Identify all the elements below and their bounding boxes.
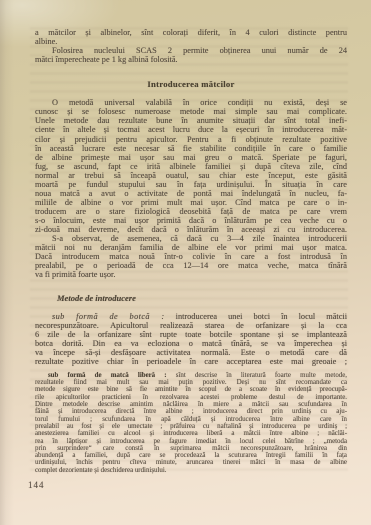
text-line: metode sigure este bine să fie amintite … — [35, 386, 347, 393]
subsection-heading: Metode de introducere — [57, 294, 347, 303]
text-line: s-o înlocuim, este mai ușor primită dacă… — [35, 216, 347, 225]
text-line: noua matcă a avut o activitate de pontă … — [35, 189, 347, 198]
paragraph-continuation: a mătcilor și albinelor, sînt colorați d… — [35, 28, 347, 46]
text-line: abundență a familiei, după care se proce… — [35, 452, 347, 459]
text-line: ciente în altele și tocmai acest lucru d… — [35, 125, 347, 134]
text-line: rea în lăptișor și introducerea pe fagur… — [35, 438, 347, 445]
text-line: 6 zile de la orfanizare sînt rupte toate… — [35, 330, 347, 339]
scanned-book-page: a mătcilor și albinelor, sînt colorați d… — [0, 0, 371, 525]
text-line: troducem are o stare fiziologică deosebi… — [35, 207, 347, 216]
paragraph-intro: O metodă universal valabilă în orice con… — [35, 98, 347, 234]
page-number: 144 — [28, 480, 45, 490]
text-span: introducerea unei botci în locul mătcii — [176, 312, 347, 321]
text-line: torul fumului ; scufundarea în apă căldu… — [35, 416, 347, 423]
text-line: albine. — [35, 37, 347, 46]
text-line: Unele metode dau rezultate bune în anumi… — [35, 116, 347, 125]
text-line: rile apicultorilor practicieni în rezolv… — [35, 394, 347, 401]
text-line: rezultate pozitive chiar în perioadele î… — [35, 357, 347, 366]
paragraph-observed: S-a observat, de asemenea, că dacă cu 3—… — [35, 234, 347, 279]
text-line: miliile de albine o vor primi mult mai u… — [35, 198, 347, 207]
paragraph-botca: sub formă de botcă : introducerea unei b… — [35, 312, 347, 366]
text-line: anestezierea familiei cu alcool și intro… — [35, 430, 347, 437]
text-line: cilor și prejudicii pentru apicultor. Pe… — [35, 135, 347, 144]
paragraph-nucleus: Folosirea nucleului SCAS 2 permite obțin… — [35, 46, 347, 64]
text-line: în această lucrare este necesar să fie s… — [35, 144, 347, 153]
text-span: sînt descrise în literatură foarte multe… — [176, 372, 347, 379]
text-line: va începe să-și desfășoare activitatea n… — [35, 348, 347, 357]
text-line: urdinișului, închis pentru cîteva minute… — [35, 459, 347, 466]
text-line: fug, se ascund, fapt ce irită albinele f… — [35, 162, 347, 171]
page-edge-shadow — [0, 0, 14, 525]
text-line: mătcii noi nu deranjăm familia de albine… — [35, 243, 347, 252]
text-line: Folosirea nucleului SCAS 2 permite obțin… — [35, 46, 347, 55]
text-line: sub formă de botcă : introducerea unei b… — [35, 312, 347, 321]
text-line: necorespunzătoare. Apicultorul realizeaz… — [35, 321, 347, 330]
lead-in-italic: sub formă de botcă : — [52, 312, 165, 321]
text-line: moartă pe fundul stupului sau în fața ur… — [35, 180, 347, 189]
text-line: botca dorită. Din ea va ecloziona o matc… — [35, 339, 347, 348]
text-line: normal ar trebui să înceapă ouatul, sau … — [35, 171, 347, 180]
section-heading: Introducerea mătcilor — [35, 80, 347, 89]
text-line: mătci împerecheate pe 1 kg albină folosi… — [35, 55, 347, 64]
lead-in-bold: sub formă de matcă liberă : — [48, 372, 167, 379]
text-line: prealabil, pe o perioadă de cca 12—14 or… — [35, 261, 347, 270]
text-line: Dacă introducem matca nouă într-o colivi… — [35, 252, 347, 261]
text-line: cunosc și se folosesc numeroase metode m… — [35, 107, 347, 116]
text-line: va fi primită foarte ușor. — [35, 270, 347, 279]
text-line: complet dezorientate și deschiderea urdi… — [35, 467, 347, 474]
text-line: S-a observat, de asemenea, că dacă cu 3—… — [35, 234, 347, 243]
paragraph-libera-smallprint: sub formă de matcă liberă : sînt descris… — [35, 372, 347, 474]
text-column: a mătcilor și albinelor, sînt colorați d… — [35, 28, 347, 474]
text-line: O metodă universal valabilă în orice con… — [35, 98, 347, 107]
text-line: făină și introducerea directă între albi… — [35, 408, 347, 415]
text-line: a mătcilor și albinelor, sînt colorați d… — [35, 28, 347, 37]
text-line: de albine primește mai ușor sau mai greu… — [35, 153, 347, 162]
text-line: zi-două mai devreme, decît dacă o înlătu… — [35, 225, 347, 234]
